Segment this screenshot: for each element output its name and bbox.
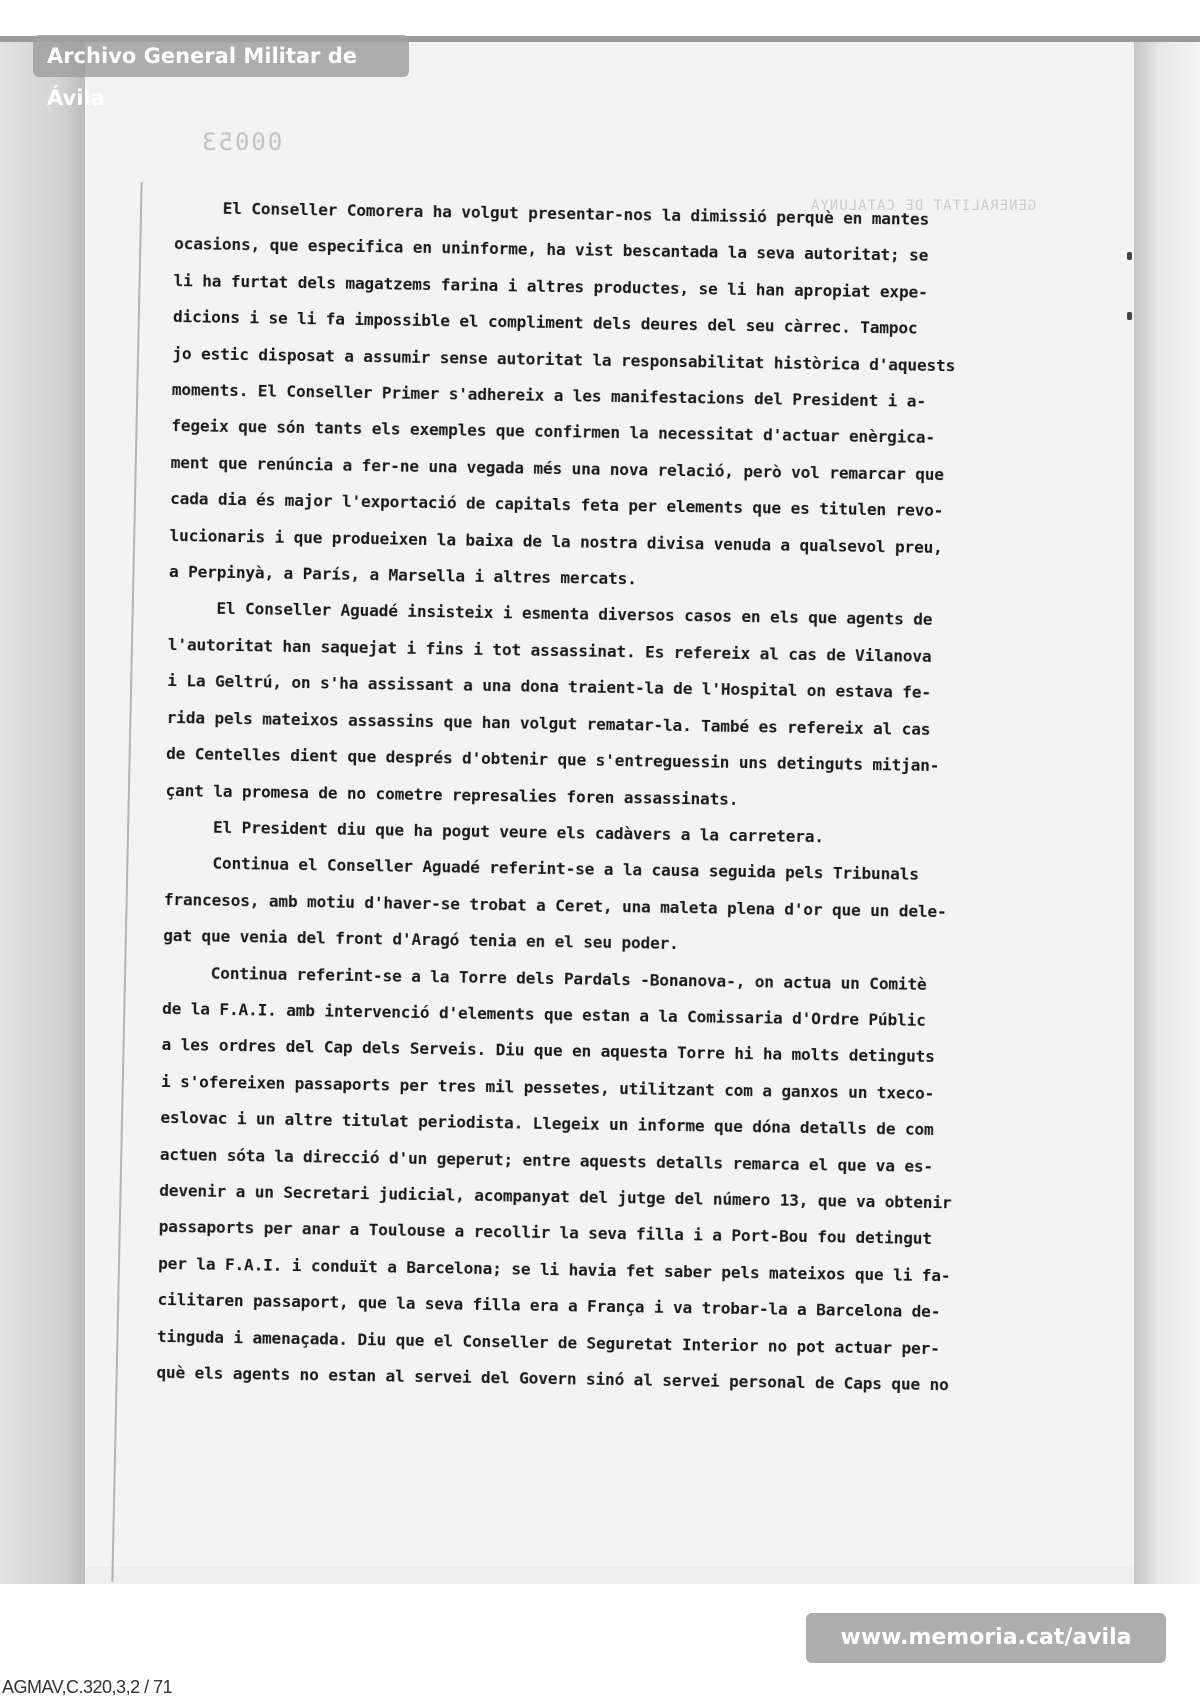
bleed-through-stamp-number: 00053 — [200, 128, 282, 156]
typewritten-text: El Conseller Comorera ha volgut presenta… — [156, 190, 1010, 1404]
ink-spot — [1127, 312, 1132, 320]
ink-spot — [1127, 252, 1132, 260]
archive-watermark: Archivo General Militar de Ávila — [33, 35, 409, 77]
scan-right-margin — [1134, 42, 1200, 1584]
archive-reference: AGMAV,C.320,3,2 / 71 — [2, 1677, 172, 1697]
website-watermark-link[interactable]: www.memoria.cat/avila — [806, 1613, 1166, 1663]
scan-left-margin — [0, 42, 85, 1584]
